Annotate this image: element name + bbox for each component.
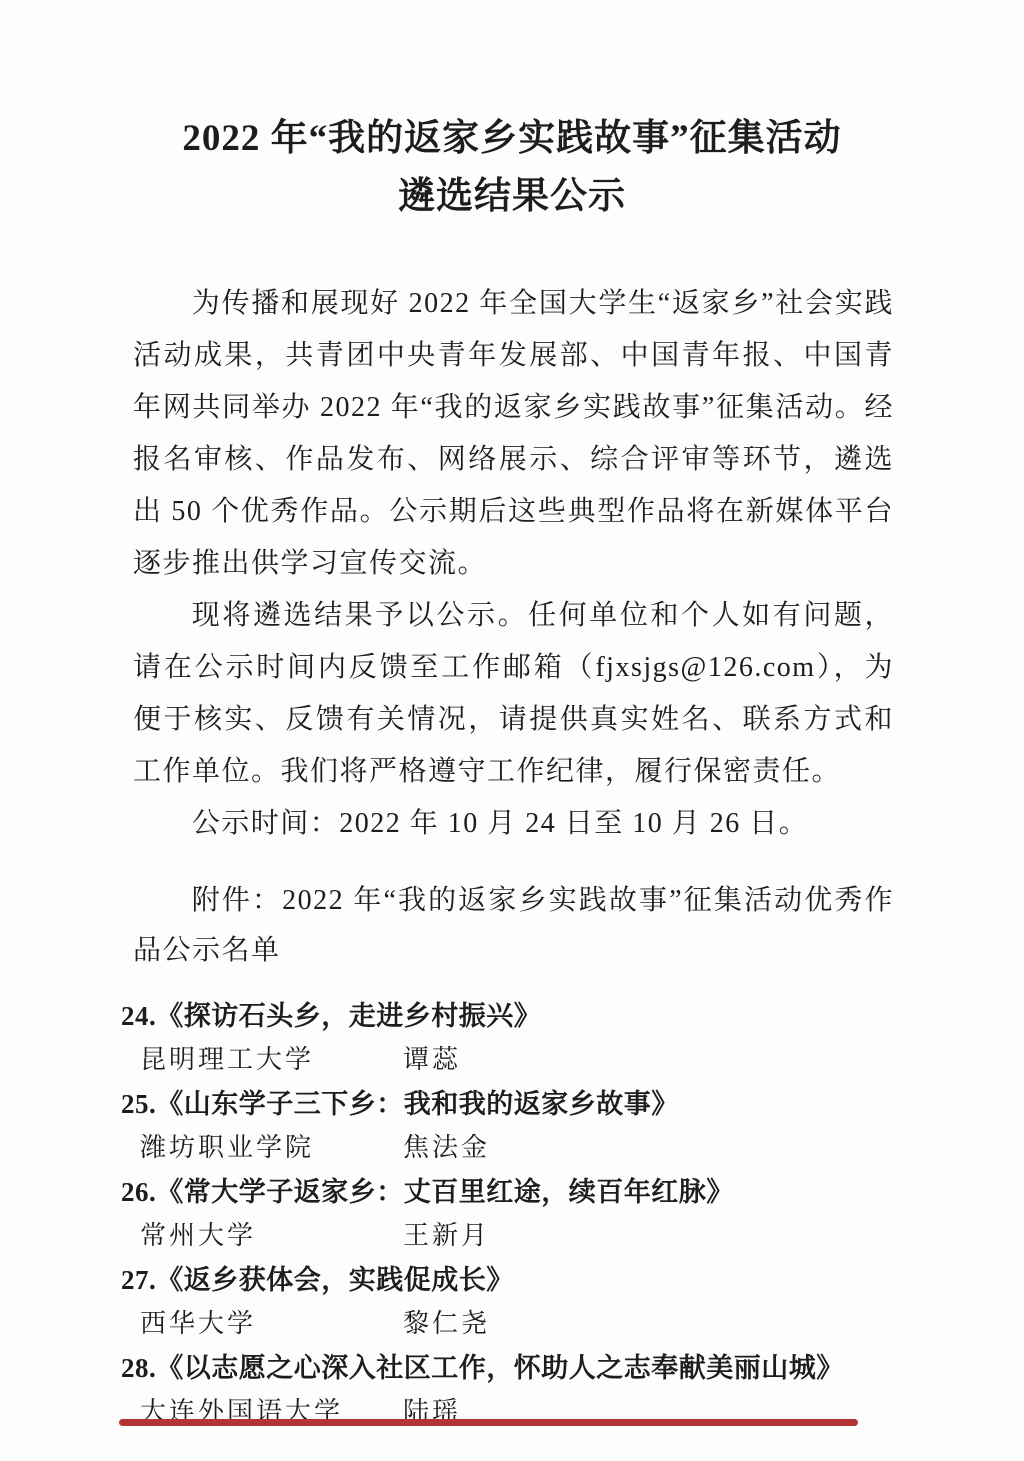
entry-author: 黎仁尧	[403, 1304, 490, 1344]
entry-school: 昆明理工大学	[140, 1045, 314, 1074]
entry-title: 24.《探访石头乡，走进乡村振兴》	[121, 992, 924, 1040]
red-underline-highlight	[119, 1419, 858, 1426]
entry-author: 陆瑶	[403, 1392, 461, 1432]
entry-school: 常州大学	[140, 1221, 256, 1250]
entry-title: 27.《返乡获体会，实践促成长》	[121, 1256, 924, 1304]
entry-work-title: 《返乡获体会，实践促成长》	[156, 1265, 514, 1295]
document-title: 2022 年“我的返家乡实践故事”征集活动 遴选结果公示	[0, 0, 1024, 226]
entry-title: 25.《山东学子三下乡：我和我的返家乡故事》	[121, 1080, 924, 1128]
list-item: 27.《返乡获体会，实践促成长》 西华大学 黎仁尧	[121, 1256, 924, 1344]
works-list: 24.《探访石头乡，走进乡村振兴》 昆明理工大学 谭蕊 25.《山东学子三下乡：…	[121, 992, 924, 1432]
entry-author: 焦法金	[403, 1128, 490, 1168]
entry-detail: 大连外国语大学 陆瑶	[121, 1392, 924, 1432]
list-item: 24.《探访石头乡，走进乡村振兴》 昆明理工大学 谭蕊	[121, 992, 924, 1080]
entry-work-title: 《山东学子三下乡：我和我的返家乡故事》	[156, 1089, 679, 1119]
entry-title: 26.《常大学子返家乡：丈百里红途，续百年红脉》	[121, 1168, 924, 1216]
intro-paragraph: 为传播和展现好 2022 年全国大学生“返家乡”社会实践活动成果，共青团中央青年…	[133, 278, 894, 590]
entry-number: 28.	[121, 1353, 156, 1383]
entry-title: 28.《以志愿之心深入社区工作，怀助人之志奉献美丽山城》	[121, 1344, 924, 1392]
entry-number: 27.	[121, 1265, 156, 1295]
title-line-2: 遴选结果公示	[0, 168, 1024, 226]
entry-author: 王新月	[403, 1216, 490, 1256]
entry-detail: 西华大学 黎仁尧	[121, 1304, 924, 1344]
entry-school: 西华大学	[140, 1309, 256, 1338]
entry-number: 24.	[121, 1001, 156, 1031]
entry-number: 25.	[121, 1089, 156, 1119]
title-line-1: 2022 年“我的返家乡实践故事”征集活动	[0, 110, 1024, 168]
feedback-paragraph: 现将遴选结果予以公示。任何单位和个人如有问题，请在公示时间内反馈至工作邮箱（fj…	[133, 590, 894, 798]
entry-number: 26.	[121, 1177, 156, 1207]
entry-author: 谭蕊	[403, 1040, 461, 1080]
entry-work-title: 《探访石头乡，走进乡村振兴》	[156, 1001, 541, 1031]
list-item: 25.《山东学子三下乡：我和我的返家乡故事》 潍坊职业学院 焦法金	[121, 1080, 924, 1168]
entry-detail: 潍坊职业学院 焦法金	[121, 1128, 924, 1168]
attachment-note: 附件：2022 年“我的返家乡实践故事”征集活动优秀作品公示名单	[133, 876, 894, 976]
entry-detail: 常州大学 王新月	[121, 1216, 924, 1256]
document-page: 2022 年“我的返家乡实践故事”征集活动 遴选结果公示 为传播和展现好 202…	[0, 0, 1024, 1461]
entry-school: 潍坊职业学院	[140, 1133, 314, 1162]
entry-detail: 昆明理工大学 谭蕊	[121, 1040, 924, 1080]
publicity-period-paragraph: 公示时间：2022 年 10 月 24 日至 10 月 26 日。	[133, 798, 894, 850]
list-item: 26.《常大学子返家乡：丈百里红途，续百年红脉》 常州大学 王新月	[121, 1168, 924, 1256]
entry-work-title: 《以志愿之心深入社区工作，怀助人之志奉献美丽山城》	[156, 1353, 844, 1383]
entry-work-title: 《常大学子返家乡：丈百里红途，续百年红脉》	[156, 1177, 734, 1207]
